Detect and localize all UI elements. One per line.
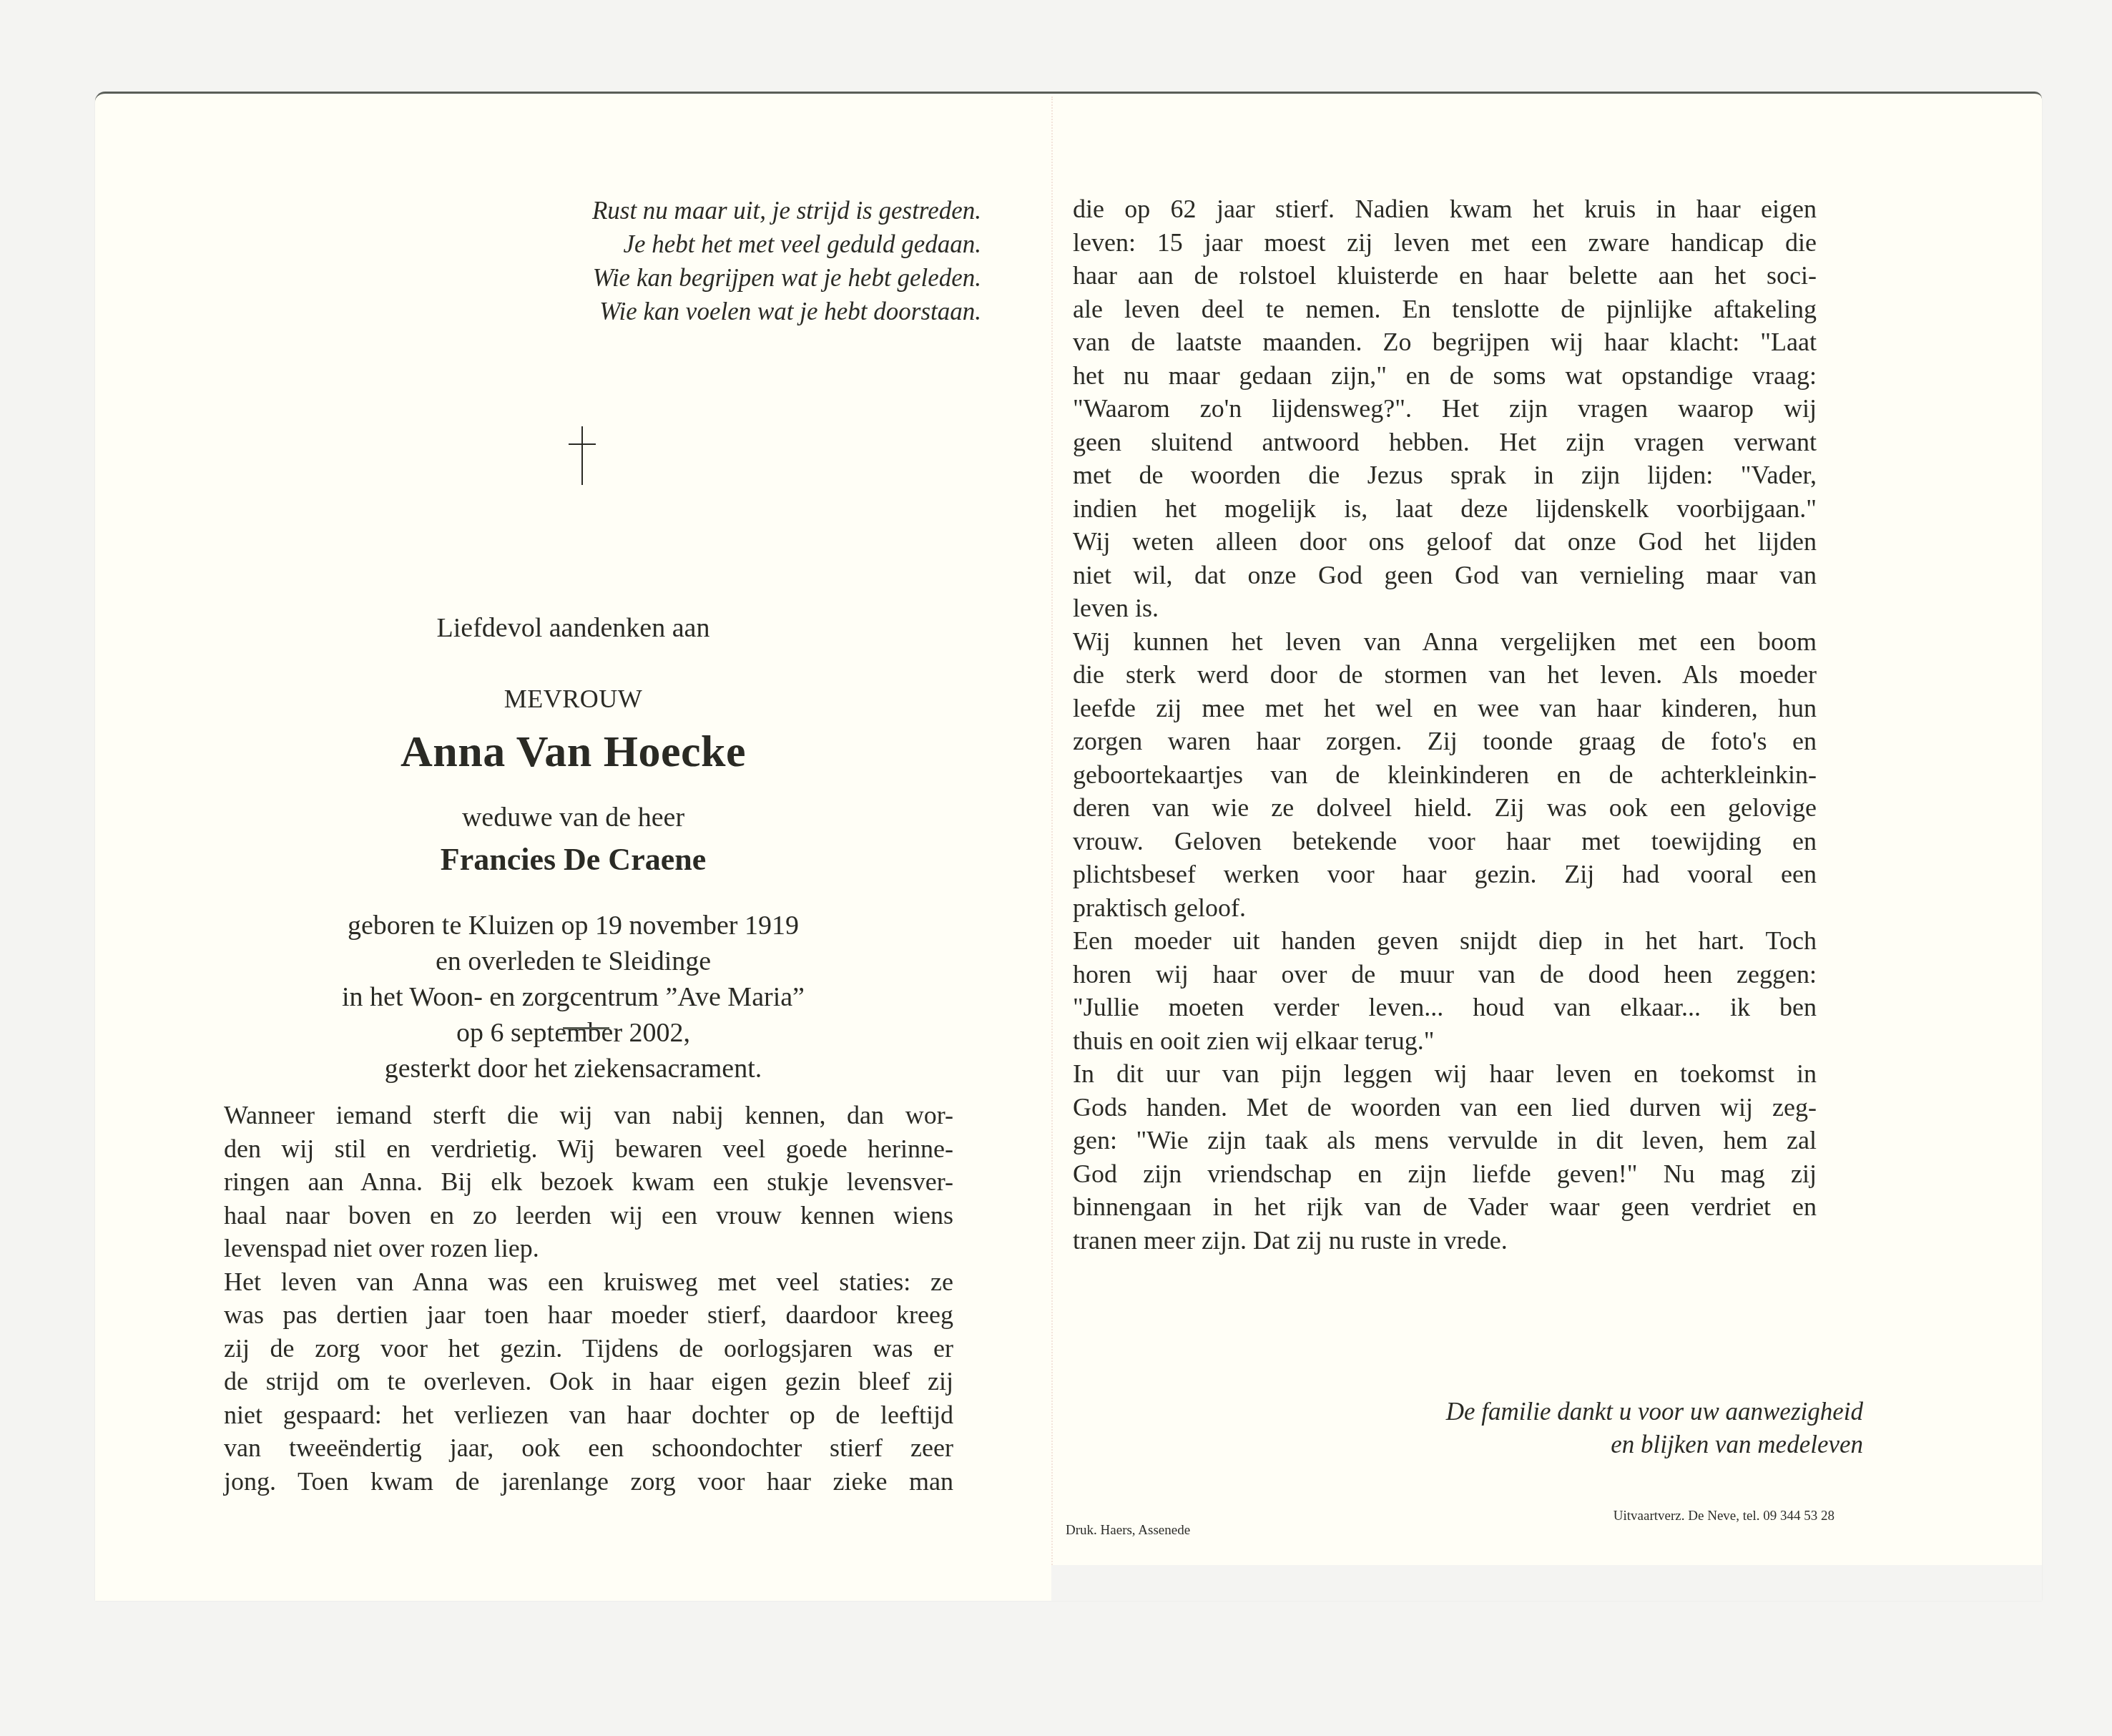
honorific-title: MEVROUW [95, 684, 1051, 714]
text-line: plichtsbesef werken voor haar gezin. Zij… [1073, 858, 1817, 891]
poem-line: Rust nu maar uit, je strijd is gestreden… [195, 194, 981, 227]
text-line: de strijd om te overleven. Ook in haar e… [224, 1365, 953, 1398]
undertaker-credit: Uitvaartverz. De Neve, tel. 09 344 53 28 [1614, 1509, 1835, 1524]
thanks-line: De familie dankt u voor uw aanwezigheid [1446, 1396, 1863, 1428]
text-line: haar aan de rolstoel kluisterde en haar … [1073, 259, 1817, 293]
text-line: niet wil, dat onze God geen God van vern… [1073, 559, 1817, 592]
text-line: van de laatste maanden. Zo begrijpen wij… [1073, 325, 1817, 359]
text-line: Wij kunnen het leven van Anna vergelijke… [1073, 625, 1817, 659]
poem: Rust nu maar uit, je strijd is gestreden… [195, 194, 1024, 328]
text-line: die op 62 jaar stierf. Nadien kwam het k… [1073, 192, 1817, 226]
text-line: Gods handen. Met de woorden van een lied… [1073, 1091, 1817, 1124]
text-line: gen: "Wie zijn taak als mens vervulde in… [1073, 1124, 1817, 1157]
eulogy-text-right: die op 62 jaar stierf. Nadien kwam het k… [1073, 192, 1817, 1257]
text-line: zij de zorg voor het gezin. Tijdens de o… [224, 1332, 953, 1365]
text-line: den wij stil en verdrietig. Wij bewaren … [224, 1132, 953, 1166]
text-line: van tweeëndertig jaar, ook een schoondoc… [224, 1431, 953, 1465]
text-line: binnengaan in het rijk van de Vader waar… [1073, 1190, 1817, 1224]
poem-line: Je hebt het met veel geduld gedaan. [195, 227, 981, 261]
text-line: haal naar boven en zo leerden wij een vr… [224, 1199, 953, 1232]
text-line: Het leven van Anna was een kruisweg met … [224, 1265, 953, 1299]
text-line: het nu maar gedaan zijn," en de soms wat… [1073, 359, 1817, 393]
text-line: met de woorden die Jezus sprak in zijn l… [1073, 458, 1817, 492]
cross-icon [569, 426, 596, 485]
text-line: tranen meer zijn. Dat zij nu ruste in vr… [1073, 1224, 1817, 1257]
text-line: "Jullie moeten verder leven... houd van … [1073, 991, 1817, 1024]
death-place-line: en overleden te Sleidinge [95, 943, 1051, 979]
text-line: zorgen waren haar zorgen. Zij toonde gra… [1073, 725, 1817, 758]
text-line: ale leven deel te nemen. En tenslotte de… [1073, 293, 1817, 326]
family-thanks: De familie dankt u voor uw aanwezigheid … [1446, 1396, 1863, 1461]
sacrament-line: gesterkt door het ziekensacrament. [95, 1051, 1051, 1087]
text-line: Wanneer iemand sterft die wij van nabij … [224, 1099, 953, 1132]
text-line: praktisch geloof. [1073, 891, 1817, 925]
in-memory-heading: Liefdevol aandenken aan [95, 612, 1051, 644]
card-edge-offset [1051, 1565, 2042, 1601]
text-line: indien het mogelijk is, laat deze lijden… [1073, 492, 1817, 526]
birth-line: geboren te Kluizen op 19 november 1919 [95, 908, 1051, 943]
poem-line: Wie kan voelen wat je hebt doorstaan. [195, 295, 981, 328]
text-line: God zijn vriendschap en zijn liefde geve… [1073, 1157, 1817, 1191]
text-line: was pas dertien jaar toen haar moeder st… [224, 1298, 953, 1332]
text-line: vrouw. Geloven betekende voor haar met t… [1073, 825, 1817, 858]
text-line: Wij weten alleen door ons geloof dat onz… [1073, 525, 1817, 559]
text-line: "Waarom zo'n lijdensweg?". Het zijn vrag… [1073, 392, 1817, 426]
text-line: leven: 15 jaar moest zij leven met een z… [1073, 226, 1817, 260]
memorial-card: Rust nu maar uit, je strijd is gestreden… [95, 92, 2042, 1601]
death-date-line: op 6 september 2002, [95, 1015, 1051, 1051]
text-line: jong. Toen kwam de jarenlange zorg voor … [224, 1465, 953, 1499]
printer-credit: Druk. Haers, Assenede [1066, 1523, 1190, 1539]
text-line: die sterk werd door de stormen van het l… [1073, 658, 1817, 692]
text-line: leefde zij mee met het wel en wee van ha… [1073, 692, 1817, 725]
text-line: leven is. [1073, 592, 1817, 625]
life-details: geboren te Kluizen op 19 november 1919 e… [95, 908, 1051, 1087]
left-page: Rust nu maar uit, je strijd is gestreden… [95, 94, 1051, 1601]
text-line: niet gespaard: het verliezen van haar do… [224, 1398, 953, 1432]
text-line: horen wij haar over de muur van de dood … [1073, 958, 1817, 991]
deceased-name: Anna Van Hoecke [95, 727, 1051, 778]
poem-line: Wie kan begrijpen wat je hebt geleden. [195, 261, 981, 295]
text-line: geen sluitend antwoord hebben. Het zijn … [1073, 426, 1817, 459]
separator-dash [563, 1027, 609, 1029]
text-line: levenspad niet over rozen liep. [224, 1232, 953, 1265]
text-line: geboortekaartjes van de kleinkinderen en… [1073, 758, 1817, 792]
spouse-name: Francies De Craene [95, 841, 1051, 878]
eulogy-text-left: Wanneer iemand sterft die wij van nabij … [224, 1099, 953, 1498]
text-line: ringen aan Anna. Bij elk bezoek kwam een… [224, 1165, 953, 1199]
text-line: thuis en ooit zien wij elkaar terug." [1073, 1024, 1817, 1058]
care-home-line: in het Woon- en zorgcentrum ”Ave Maria” [95, 979, 1051, 1015]
thanks-line: en blijken van medeleven [1446, 1428, 1863, 1461]
text-line: deren van wie ze dolveel hield. Zij was … [1073, 791, 1817, 825]
text-line: Een moeder uit handen geven snijdt diep … [1073, 924, 1817, 958]
text-line: In dit uur van pijn leggen wij haar leve… [1073, 1057, 1817, 1091]
widow-of-label: weduwe van de heer [95, 802, 1051, 833]
right-page: die op 62 jaar stierf. Nadien kwam het k… [1051, 94, 2042, 1565]
